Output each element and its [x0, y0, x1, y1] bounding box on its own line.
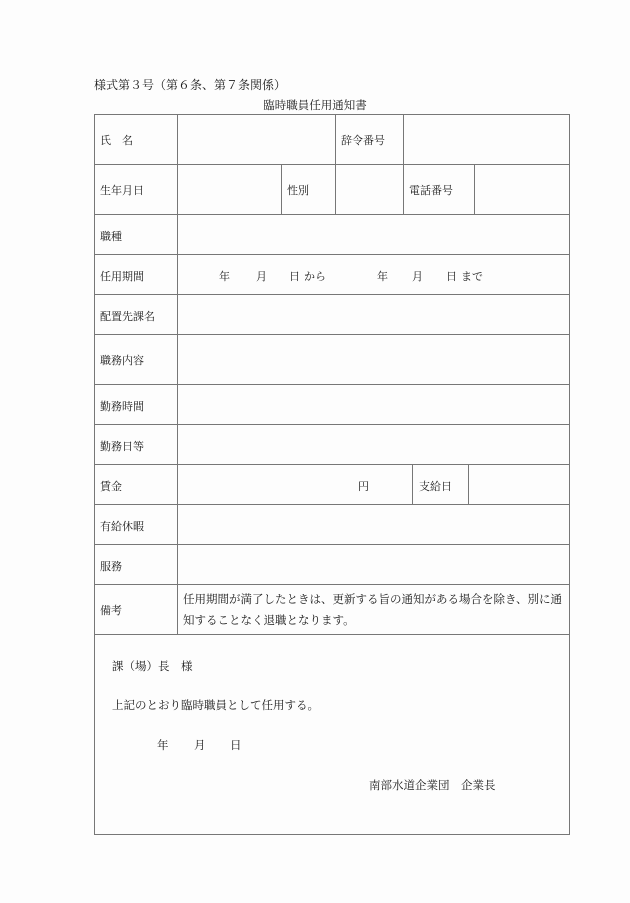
- date-day: 日: [230, 737, 242, 753]
- label-sex: 性別: [287, 182, 309, 198]
- currency-unit: 円: [358, 478, 369, 494]
- payday-field[interactable]: [470, 465, 569, 503]
- name-field[interactable]: [180, 114, 334, 164]
- divider: [94, 634, 570, 635]
- label-duties: 職務内容: [100, 352, 144, 368]
- label-working-days: 勤務日等: [100, 438, 144, 454]
- divider: [281, 164, 282, 214]
- label-remarks: 備考: [100, 602, 122, 618]
- period-from-year: 年: [219, 268, 230, 284]
- date-month: 月: [194, 737, 206, 753]
- phone-field[interactable]: [476, 165, 569, 213]
- appointment-statement: 上記のとおり臨時職員として任用する。: [112, 697, 319, 713]
- paid-leave-field[interactable]: [180, 505, 569, 543]
- wage-field[interactable]: [180, 465, 411, 503]
- form-number: 様式第３号（第６条、第７条関係）: [94, 76, 286, 93]
- job-type-field[interactable]: [180, 215, 569, 253]
- duties-field[interactable]: [180, 335, 569, 383]
- label-phone: 電話番号: [409, 182, 453, 198]
- divider: [468, 464, 469, 504]
- working-hours-field[interactable]: [180, 385, 569, 423]
- label-job-type: 職種: [100, 228, 122, 244]
- period-to-month: 月: [412, 268, 423, 284]
- sex-field[interactable]: [337, 165, 402, 213]
- department-field[interactable]: [180, 295, 569, 333]
- addressee: 課（場）長 様: [112, 658, 193, 674]
- divider: [177, 114, 178, 634]
- period-to-year: 年: [377, 268, 388, 284]
- label-paid-leave: 有給休暇: [100, 518, 144, 534]
- period-to-suffix: まで: [461, 268, 483, 284]
- label-name: 氏 名: [100, 132, 133, 148]
- issuer: 南部水道企業団 企業長: [369, 777, 496, 793]
- label-working-hours: 勤務時間: [100, 398, 144, 414]
- divider: [94, 254, 570, 255]
- period-to-day: 日: [446, 268, 457, 284]
- divider: [412, 464, 413, 504]
- label-appointment-number: 辞令番号: [341, 132, 385, 148]
- label-service: 服務: [100, 558, 122, 574]
- period-from-suffix: から: [304, 268, 326, 284]
- divider: [403, 114, 404, 214]
- label-department: 配置先課名: [100, 308, 155, 324]
- birthdate-field[interactable]: [180, 165, 280, 213]
- label-birthdate: 生年月日: [100, 182, 144, 198]
- label-period: 任用期間: [100, 268, 144, 284]
- date-year: 年: [157, 737, 169, 753]
- divider: [94, 584, 570, 585]
- appointment-number-field[interactable]: [405, 114, 569, 164]
- document-title: 臨時職員任用通知書: [0, 97, 630, 113]
- working-days-field[interactable]: [180, 425, 569, 463]
- label-wage: 賃金: [100, 478, 122, 494]
- label-payday: 支給日: [419, 478, 452, 494]
- divider: [335, 114, 336, 214]
- remarks-text: 任用期間が満了したときは、更新する旨の通知がある場合を除き、別に通知することなく…: [183, 589, 569, 631]
- period-from-month: 月: [256, 268, 267, 284]
- divider: [474, 164, 475, 214]
- service-field[interactable]: [180, 545, 569, 583]
- period-from-day: 日: [289, 268, 300, 284]
